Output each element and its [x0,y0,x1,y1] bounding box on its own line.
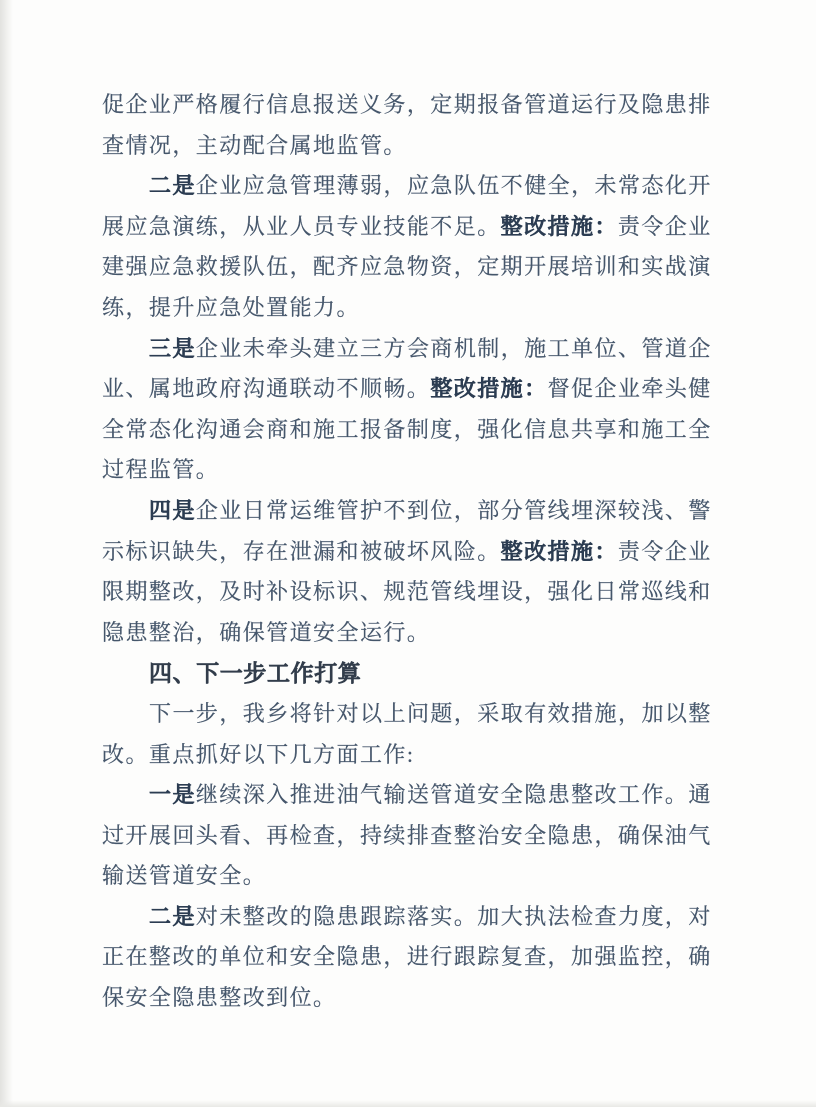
text-line: 限期整改，及时补设标识、规范管线埋设，强化日常巡线和 [102,572,724,613]
text-line: 改。重点抓好以下几方面工作: [102,735,724,776]
text-line: 三是企业未牵头建立三方会商机制，施工单位、管道企 [102,329,724,370]
text-line: 全常态化沟通会商和施工报备制度，强化信息共享和施工全 [102,410,724,451]
text-segment: 四、下一步工作打算 [149,660,361,686]
text-segment: 企业日常运维管护不到位，部分管线埋深较浅、警 [196,498,712,523]
text-line: 隐患整治，确保管道安全运行。 [102,613,724,654]
text-line: 四是企业日常运维管护不到位，部分管线埋深较浅、警 [102,491,724,532]
text-line: 展应急演练，从业人员专业技能不足。整改措施：责令企业 [102,207,724,248]
text-segment: 练，提升应急处置能力。 [102,295,360,320]
text-segment: 二是 [149,173,196,198]
text-segment: 三是 [149,336,196,361]
text-segment: 建强应急救援队伍，配齐应急物资，定期开展培训和实战演 [102,254,712,279]
text-segment: 整改措施： [501,214,618,239]
text-line: 输送管道安全。 [102,856,724,897]
text-segment: 企业应急管理薄弱，应急队伍不健全，未常态化开 [196,173,712,198]
text-segment: 促企业严格履行信息报送义务，定期报备管道运行及隐患排 [102,92,712,117]
text-segment: 全常态化沟通会商和施工报备制度，强化信息共享和施工全 [102,417,712,442]
text-line: 示标识缺失，存在泄漏和被破坏风险。整改措施：责令企业 [102,532,724,573]
text-segment: 展应急演练，从业人员专业技能不足。 [102,214,501,239]
text-line: 促企业严格履行信息报送义务，定期报备管道运行及隐患排 [102,85,724,126]
text-segment: 业、属地政府沟通联动不顺畅。 [102,376,430,401]
text-segment: 二是 [149,904,196,929]
text-segment: 正在整改的单位和安全隐患，进行跟踪复查，加强监控，确 [102,944,712,969]
document-text-block: 促企业严格履行信息报送义务，定期报备管道运行及隐患排查情况，主动配合属地监管。二… [102,85,724,1019]
text-segment: 过程监管。 [102,457,219,482]
text-segment: 隐患整治，确保管道安全运行。 [102,620,430,645]
text-segment: 整改措施： [430,376,547,401]
text-segment: 输送管道安全。 [102,863,266,888]
text-segment: 整改措施： [501,539,618,564]
text-segment: 限期整改，及时补设标识、规范管线埋设，强化日常巡线和 [102,579,712,604]
text-segment: 四是 [149,498,196,523]
text-line: 练，提升应急处置能力。 [102,288,724,329]
text-segment: 查情况，主动配合属地监管。 [102,133,407,158]
text-line: 建强应急救援队伍，配齐应急物资，定期开展培训和实战演 [102,247,724,288]
text-line: 过开展回头看、再检查，持续排查整治安全隐患，确保油气 [102,816,724,857]
text-line: 二是企业应急管理薄弱，应急队伍不健全，未常态化开 [102,166,724,207]
text-segment: 改。重点抓好以下几方面工作: [102,742,414,767]
text-segment: 下一步，我乡将针对以上问题，采取有效措施，加以整 [149,701,712,726]
text-segment: 继续深入推进油气输送管道安全隐患整改工作。通 [196,782,712,807]
text-segment: 责令企业 [618,539,712,564]
text-line: 下一步，我乡将针对以上问题，采取有效措施，加以整 [102,694,724,735]
scanned-page: { "page": { "kind": "scanned-official-do… [0,0,816,1107]
scan-edge-left-shadow [0,0,13,1107]
scan-edge-bottom-shadow [0,1100,816,1107]
text-segment: 一是 [149,782,196,807]
text-segment: 示标识缺失，存在泄漏和被破坏风险。 [102,539,501,564]
text-line: 查情况，主动配合属地监管。 [102,126,724,167]
text-line: 过程监管。 [102,450,724,491]
text-line: 业、属地政府沟通联动不顺畅。整改措施：督促企业牵头健 [102,369,724,410]
text-segment: 过开展回头看、再检查，持续排查整治安全隐患，确保油气 [102,823,712,848]
text-line: 正在整改的单位和安全隐患，进行跟踪复查，加强监控，确 [102,937,724,978]
section-heading: 四、下一步工作打算 [102,653,724,694]
text-line: 二是对未整改的隐患跟踪落实。加大执法检查力度，对 [102,897,724,938]
text-segment: 保安全隐患整改到位。 [102,985,337,1010]
text-segment: 督促企业牵头健 [548,376,712,401]
text-segment: 企业未牵头建立三方会商机制，施工单位、管道企 [196,336,712,361]
text-line: 保安全隐患整改到位。 [102,978,724,1019]
text-segment: 对未整改的隐患跟踪落实。加大执法检查力度，对 [196,904,712,929]
text-line: 一是继续深入推进油气输送管道安全隐患整改工作。通 [102,775,724,816]
text-segment: 责令企业 [618,214,712,239]
